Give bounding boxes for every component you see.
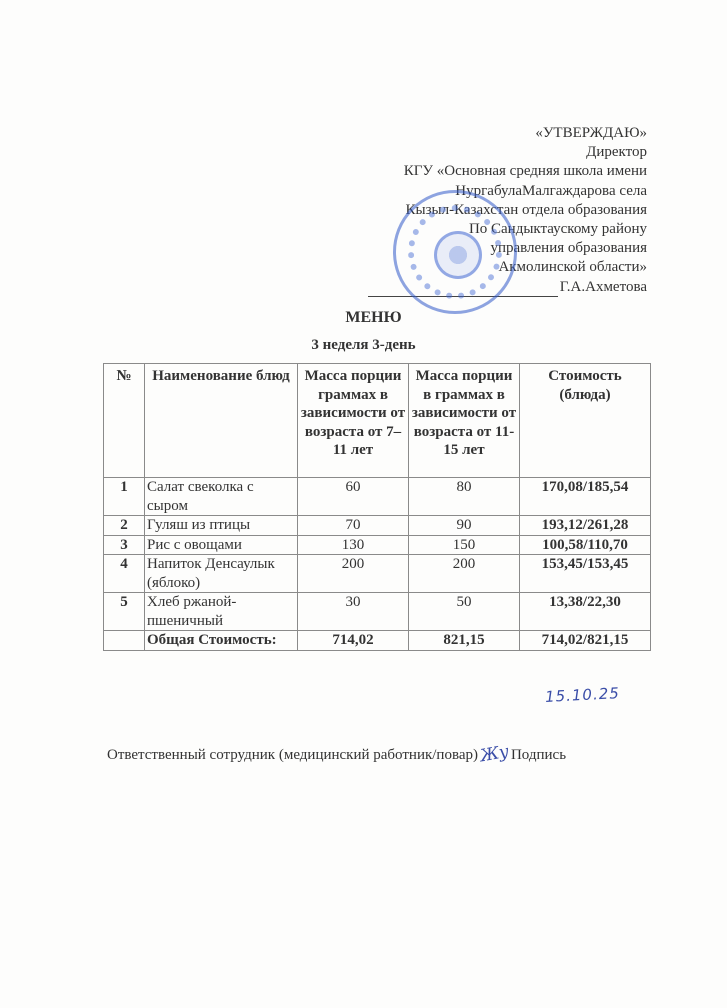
mass-11-15: 80 [409, 478, 520, 516]
header-cost: Стоимость (блюда) [520, 364, 651, 478]
dish-name: Салат свеколка с сыром [145, 478, 298, 516]
signature-line [368, 282, 558, 297]
responsible-label: Ответственный сотрудник (медицинский раб… [107, 747, 478, 763]
header-mass-7-11: Масса порции граммах в зависимости от во… [298, 364, 409, 478]
table-row: 5 Хлеб ржаной-пшеничный 30 50 13,38/22,3… [104, 593, 651, 631]
approval-org-line-4: По Сандыктаускому району [368, 220, 647, 239]
dish-name: Рис с овощами [145, 535, 298, 555]
table-header-row: № Наименование блюд Масса порции граммах… [104, 364, 651, 478]
approval-position: Директор [368, 143, 647, 162]
mass-7-11: 30 [298, 593, 409, 631]
mass-11-15: 50 [409, 593, 520, 631]
responsible-footer: Ответственный сотрудник (медицинский раб… [107, 744, 566, 764]
row-number: 1 [104, 478, 145, 516]
row-number: 4 [104, 555, 145, 593]
header-mass-11-15: Масса порции в граммах в зависимости от … [409, 364, 520, 478]
table-row: 3 Рис с овощами 130 150 100,58/110,70 [104, 535, 651, 555]
mass-11-15: 200 [409, 555, 520, 593]
total-number-empty [104, 631, 145, 651]
approval-block: «УТВЕРЖДАЮ» Директор КГУ «Основная средн… [368, 124, 647, 297]
table-row: 1 Салат свеколка с сыром 60 80 170,08/18… [104, 478, 651, 516]
total-cost: 714,02/821,15 [520, 631, 651, 651]
approval-org-line-1: КГУ «Основная средняя школа имени [368, 162, 647, 181]
total-mass-7-11: 714,02 [298, 631, 409, 651]
row-number: 3 [104, 535, 145, 555]
table-row: 4 Напиток Денсаулык (яблоко) 200 200 153… [104, 555, 651, 593]
mass-7-11: 70 [298, 516, 409, 536]
approval-signer: Г.А.Ахметова [560, 279, 647, 295]
table-row: 2 Гуляш из птицы 70 90 193,12/261,28 [104, 516, 651, 536]
dish-cost: 193,12/261,28 [520, 516, 651, 536]
mass-7-11: 130 [298, 535, 409, 555]
dish-cost: 153,45/153,45 [520, 555, 651, 593]
total-mass-11-15: 821,15 [409, 631, 520, 651]
menu-table: № Наименование блюд Масса порции граммах… [103, 363, 651, 651]
row-number: 5 [104, 593, 145, 631]
page-title: МЕНЮ [10, 309, 727, 327]
handwritten-signature-icon: Жу [478, 742, 510, 767]
approval-org-line-5: управления образования [368, 239, 647, 258]
mass-7-11: 60 [298, 478, 409, 516]
mass-11-15: 90 [409, 516, 520, 536]
header-number: № [104, 364, 145, 478]
page-subtitle: 3 неделя 3-день [0, 337, 727, 354]
dish-name: Напиток Денсаулык (яблоко) [145, 555, 298, 593]
dish-name: Гуляш из птицы [145, 516, 298, 536]
approval-org-line-6: Акмолинской области» [368, 258, 647, 277]
dish-cost: 100,58/110,70 [520, 535, 651, 555]
mass-7-11: 200 [298, 555, 409, 593]
total-label: Общая Стоимость: [145, 631, 298, 651]
dish-cost: 170,08/185,54 [520, 478, 651, 516]
header-dish-name: Наименование блюд [145, 364, 298, 478]
row-number: 2 [104, 516, 145, 536]
approval-title: «УТВЕРЖДАЮ» [368, 124, 647, 143]
approval-org-line-3: Кызыл-Казахстан отдела образования [368, 201, 647, 220]
dish-name: Хлеб ржаной-пшеничный [145, 593, 298, 631]
approval-org-line-2: НургабулаМалгаждарова села [368, 182, 647, 201]
mass-11-15: 150 [409, 535, 520, 555]
table-total-row: Общая Стоимость: 714,02 821,15 714,02/82… [104, 631, 651, 651]
dish-cost: 13,38/22,30 [520, 593, 651, 631]
handwritten-date: 15.10.25 [545, 684, 621, 706]
approval-signer-row: Г.А.Ахметова [368, 278, 647, 297]
signature-label: Подпись [511, 747, 566, 763]
